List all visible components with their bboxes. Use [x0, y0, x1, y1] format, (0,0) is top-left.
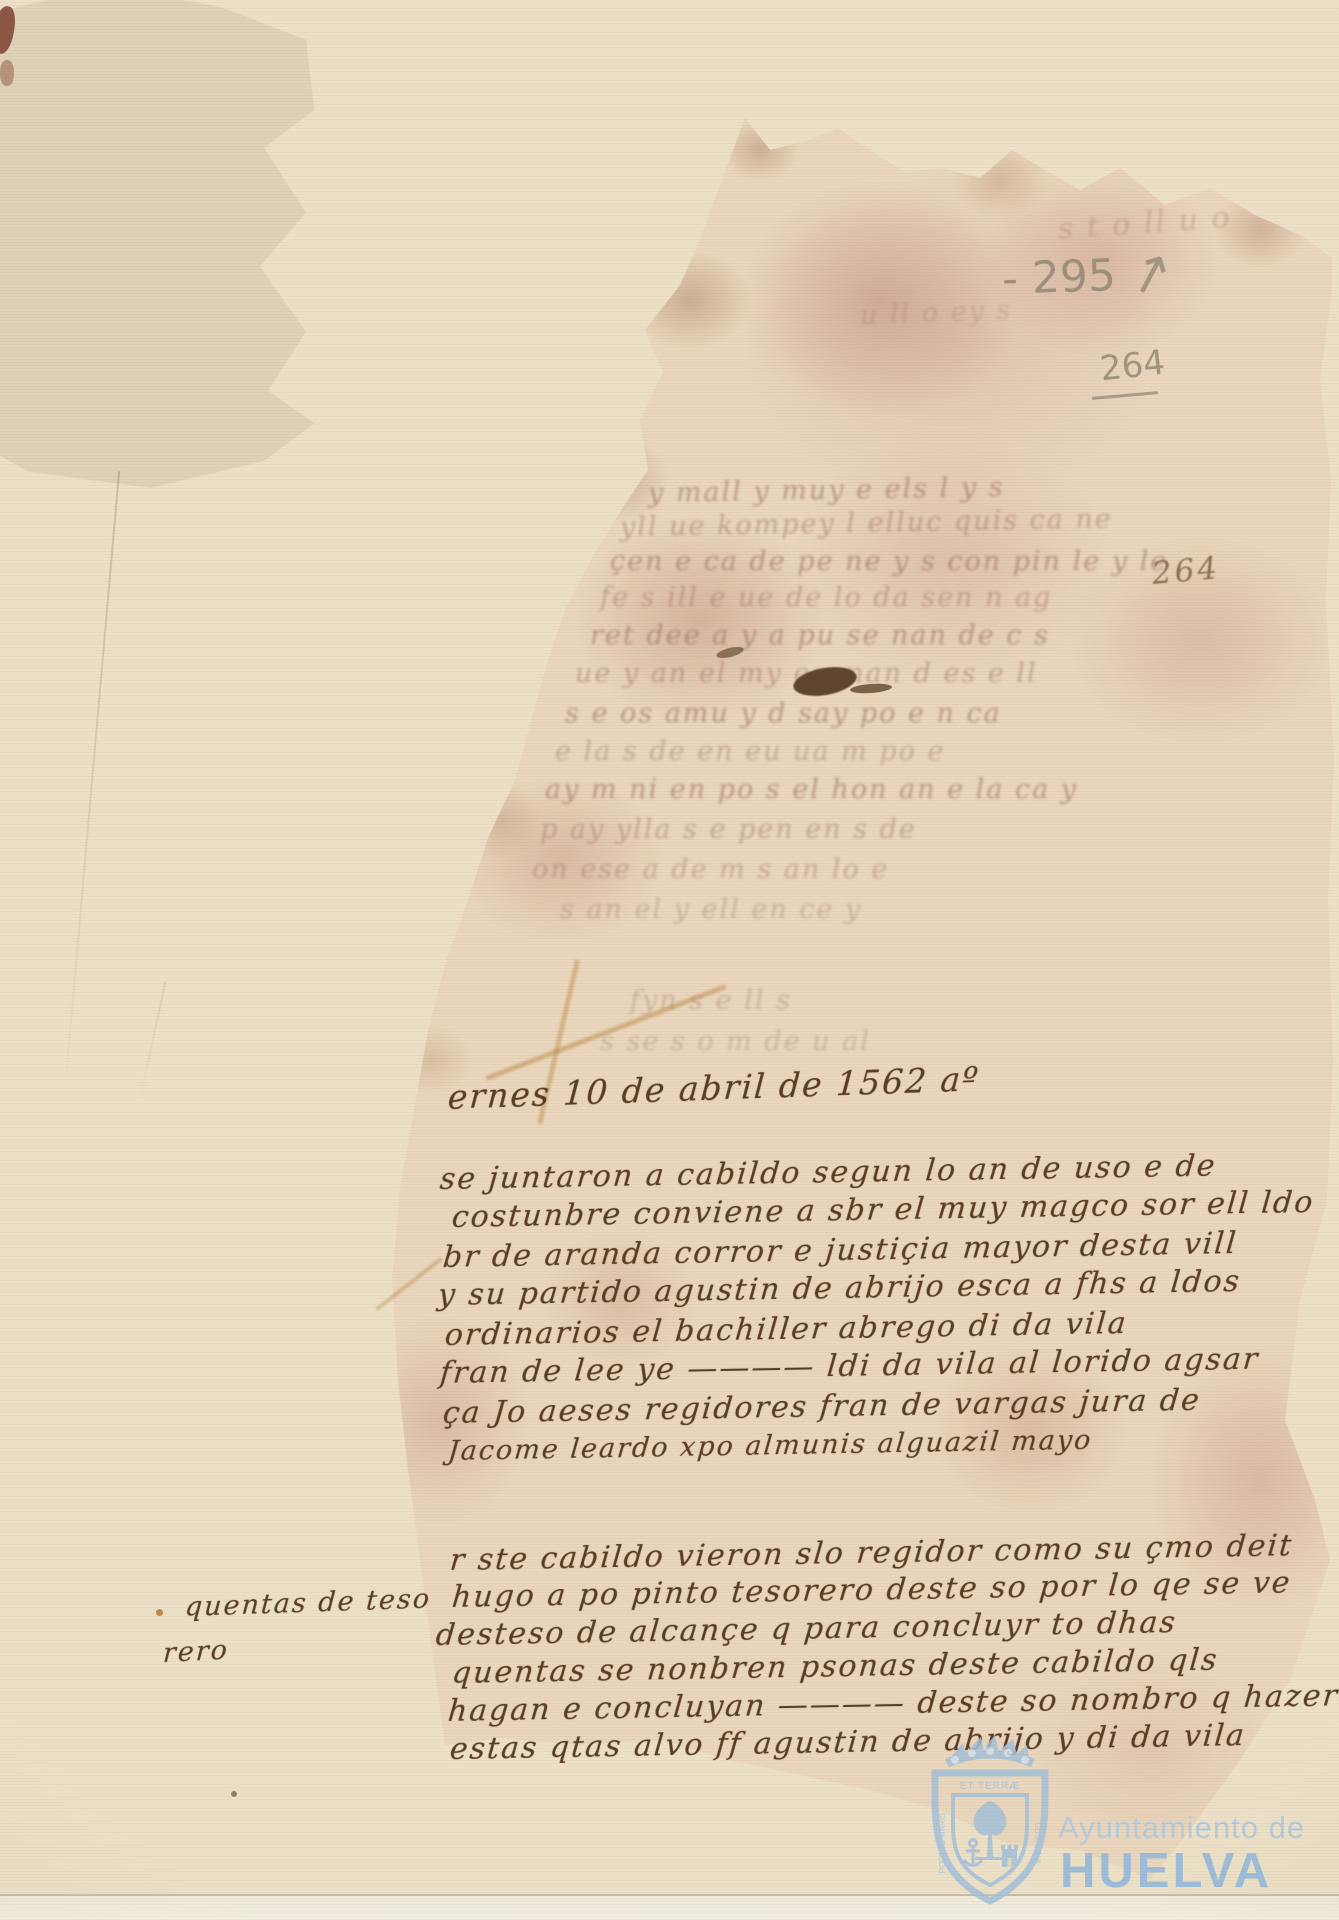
bleedthrough-line: u ll o ey s — [859, 295, 1012, 331]
water-stain-top-left — [0, 0, 390, 515]
margin-note-line: quentas de teso — [184, 1583, 432, 1623]
bleedthrough-line: s se s o m de u al — [600, 1026, 871, 1057]
motto-left-text: PORTUS MARIS — [938, 1813, 947, 1874]
bleedthrough-line: p ay ylla s e pen en s de — [540, 814, 917, 845]
bleedthrough-line: y mall y muy e els l y s — [648, 472, 1005, 509]
archive-number-pencil: - 295 — [1001, 250, 1117, 305]
paper-speck — [231, 1791, 237, 1797]
scanned-manuscript-page: - 295 ↑ 264 264 s t o ll u o u ll o ey s… — [0, 0, 1339, 1920]
bleedthrough-line: on ese a de m s an lo e — [532, 854, 889, 885]
bleedthrough-line: fe s ill e ue de lo da sen n ag — [600, 582, 1052, 613]
anchor-icon — [964, 1840, 982, 1868]
watermark-org-text: Ayuntamiento de — [1058, 1810, 1305, 1846]
bleedthrough-line: s an el y ell en ce y — [560, 894, 862, 925]
folio-number-pencil: 264 — [1098, 343, 1167, 390]
corner-stain — [0, 60, 14, 86]
folio-number-ink: 264 — [1150, 550, 1221, 592]
bleedthrough-line: çen e ca de pe ne y s con pin le y le — [610, 546, 1168, 577]
bleedthrough-line: ret dee a y a pu se nan de c s — [590, 620, 1050, 651]
bleedthrough-line: ay m ni en po s el hon an e la ca y — [545, 774, 1078, 805]
paper-crease — [66, 471, 120, 1069]
watermark-city-text: HUELVA — [1060, 1843, 1272, 1899]
paper-speck — [156, 1609, 163, 1616]
paper-crease — [140, 981, 167, 1099]
coat-of-arms-watermark: ET TERRÆ PORTUS MARIS CUSTODIA — [905, 1733, 1075, 1920]
motto-right-text: CUSTODIA — [1033, 1822, 1042, 1864]
margin-note-line: rero — [162, 1634, 230, 1669]
bleedthrough-line: e la s de en eu ua m po e — [555, 736, 945, 767]
bleedthrough-line: s e os amu y d say po e n ca — [565, 698, 1002, 729]
tower-icon — [1001, 1845, 1018, 1867]
motto-top-text: ET TERRÆ — [960, 1781, 1020, 1792]
